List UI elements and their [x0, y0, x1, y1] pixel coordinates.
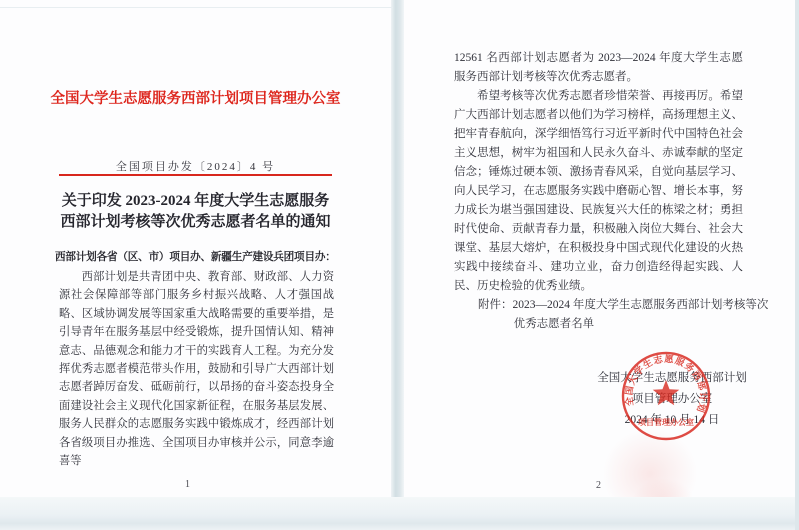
page1-title-line2: 西部计划考核等次优秀志愿者名单的通知	[30, 210, 361, 231]
page2-attachment-line: 附件：2023—2024 年度大学生志愿服务西部计划考核等次优秀志愿者名单	[478, 296, 772, 334]
red-divider-rule	[59, 174, 332, 176]
page2-body-paragraph: 希望考核等次优秀志愿者珍惜荣誉、再接再厉。希望广大西部计划志愿者以他们为学习榜样…	[454, 87, 743, 296]
page1-page-number: 1	[185, 479, 190, 490]
page-1: 全国大学生志愿服务西部计划项目管理办公室 全国项目办发〔2024〕4 号 关于印…	[0, 0, 391, 530]
page1-title-line1: 关于印发 2023-2024 年度大学生志愿服务	[30, 189, 361, 210]
page2-page-number: 2	[596, 480, 601, 491]
page1-doc-number: 全国项目办发〔2024〕4 号	[0, 158, 391, 174]
scanned-document: 全国大学生志愿服务西部计划项目管理办公室 全国项目办发〔2024〕4 号 关于印…	[0, 0, 799, 530]
page-2: 12561 名西部计划志愿者为 2023—2024 年度大学生志愿服务西部计划考…	[404, 0, 795, 530]
seal-star-icon	[653, 380, 680, 405]
scan-right-edge	[795, 0, 799, 530]
scan-top-edge	[0, 7, 393, 8]
page2-body: 12561 名西部计划志愿者为 2023—2024 年度大学生志愿服务西部计划考…	[454, 49, 743, 296]
page-gutter	[391, 0, 404, 530]
seal-bottom-text: 项目管理办公室	[638, 417, 694, 427]
page2-body-continuation: 12561 名西部计划志愿者为 2023—2024 年度大学生志愿服务西部计划考…	[454, 49, 743, 87]
scan-bottom-edge	[0, 497, 799, 530]
page1-salutation: 西部计划各省（区、市）项目办、新疆生产建设兵团项目办：	[55, 249, 355, 264]
official-seal-icon: 全国大学生志愿服务西部计划 项目管理办公室	[616, 347, 716, 447]
page1-body-paragraph: 西部计划是共青团中央、教育部、财政部、人力资源社会保障部等部门服务乡村振兴战略、…	[59, 268, 334, 470]
page1-org-title: 全国大学生志愿服务西部计划项目管理办公室	[10, 87, 381, 108]
